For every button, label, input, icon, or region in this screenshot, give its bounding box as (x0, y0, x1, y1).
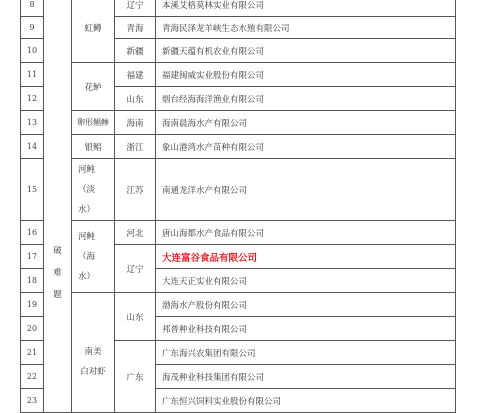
category-char: 题 (44, 284, 71, 306)
species-cell: 南美 白对虾 (72, 293, 115, 413)
species-line: 河鲀 (78, 227, 114, 247)
company-cell: 渤海水产股份有限公司 (156, 293, 456, 317)
table-row: 19 南美 白对虾 山东 渤海水产股份有限公司 (21, 293, 456, 317)
company-cell: 广东海兴农集团有限公司 (156, 341, 456, 365)
province-cell: 广东 (115, 341, 156, 413)
row-number: 21 (21, 341, 44, 365)
species-cell: 卵形鲳鲹 (72, 111, 115, 135)
company-cell: 广东恒兴饲料实业股份有限公司 (156, 389, 456, 413)
province-cell: 青海 (115, 17, 156, 39)
species-cell: 河鲀 （淡 水） (72, 159, 115, 221)
company-cell-highlighted: 大连富谷食品有限公司 (156, 245, 456, 269)
province-cell: 江苏 (115, 159, 156, 221)
species-cell: 河鲀 （海 水） (72, 221, 115, 293)
category-cell: 破 难 题 (44, 0, 72, 413)
company-cell: 大连天正实业有限公司 (156, 269, 456, 293)
company-cell: 唐山海都水产食品有限公司 (156, 221, 456, 245)
species-line: 南美 (72, 342, 114, 362)
species-line: 水） (78, 267, 114, 287)
company-cell: 新疆天蕴有机农业有限公司 (156, 39, 456, 63)
species-cell: 花鲈 (72, 63, 115, 111)
company-cell: 象山港湾水产苗种有限公司 (156, 135, 456, 159)
row-number: 18 (21, 269, 44, 293)
category-char: 难 (44, 262, 71, 284)
company-cell: 南通龙洋水产有限公司 (156, 159, 456, 221)
row-number: 12 (21, 87, 44, 111)
species-cell: 银鲳 (72, 135, 115, 159)
company-cell: 海南晨海水产有限公司 (156, 111, 456, 135)
company-cell: 青海民泽龙羊峡生态水殖有限公司 (156, 17, 456, 39)
province-cell: 河北 (115, 221, 156, 245)
enterprise-table: 8 破 难 题 虹鳟 辽宁 本溪艾格莫林实业有限公司 9 青海 青海民泽龙羊峡生… (20, 0, 456, 413)
province-cell: 辽宁 (115, 0, 156, 17)
row-number: 11 (21, 63, 44, 87)
row-number: 23 (21, 389, 44, 413)
species-line: 水） (78, 200, 114, 220)
company-cell: 邦普种业科技有限公司 (156, 317, 456, 341)
table-row: 16 河鲀 （海 水） 河北 唐山海都水产食品有限公司 (21, 221, 456, 245)
row-number: 13 (21, 111, 44, 135)
province-cell: 新疆 (115, 39, 156, 63)
row-number: 15 (21, 159, 44, 221)
table-row: 11 花鲈 福建 福建闽威实业股份有限公司 (21, 63, 456, 87)
row-number: 10 (21, 39, 44, 63)
row-number: 8 (21, 0, 44, 17)
row-number: 22 (21, 365, 44, 389)
row-number: 17 (21, 245, 44, 269)
species-line: （海 (78, 247, 114, 267)
table-row: 15 河鲀 （淡 水） 江苏 南通龙洋水产有限公司 (21, 159, 456, 221)
province-cell: 辽宁 (115, 245, 156, 293)
company-cell: 海茂种业科技集团有限公司 (156, 365, 456, 389)
table-row: 8 破 难 题 虹鳟 辽宁 本溪艾格莫林实业有限公司 (21, 0, 456, 17)
row-number: 20 (21, 317, 44, 341)
species-line: 白对虾 (72, 362, 114, 382)
row-number: 16 (21, 221, 44, 245)
company-cell: 烟台经海海洋渔业有限公司 (156, 87, 456, 111)
row-number: 9 (21, 17, 44, 39)
species-line: （淡 (78, 180, 114, 200)
company-cell: 本溪艾格莫林实业有限公司 (156, 0, 456, 17)
province-cell: 山东 (115, 293, 156, 341)
row-number: 19 (21, 293, 44, 317)
province-cell: 山东 (115, 87, 156, 111)
species-line: 河鲀 (78, 160, 114, 180)
company-cell: 福建闽威实业股份有限公司 (156, 63, 456, 87)
table-row: 13 卵形鲳鲹 海南 海南晨海水产有限公司 (21, 111, 456, 135)
province-cell: 浙江 (115, 135, 156, 159)
table-row: 14 银鲳 浙江 象山港湾水产苗种有限公司 (21, 135, 456, 159)
province-cell: 福建 (115, 63, 156, 87)
species-cell: 虹鳟 (72, 0, 115, 63)
province-cell: 海南 (115, 111, 156, 135)
category-char: 破 (44, 240, 71, 262)
row-number: 14 (21, 135, 44, 159)
